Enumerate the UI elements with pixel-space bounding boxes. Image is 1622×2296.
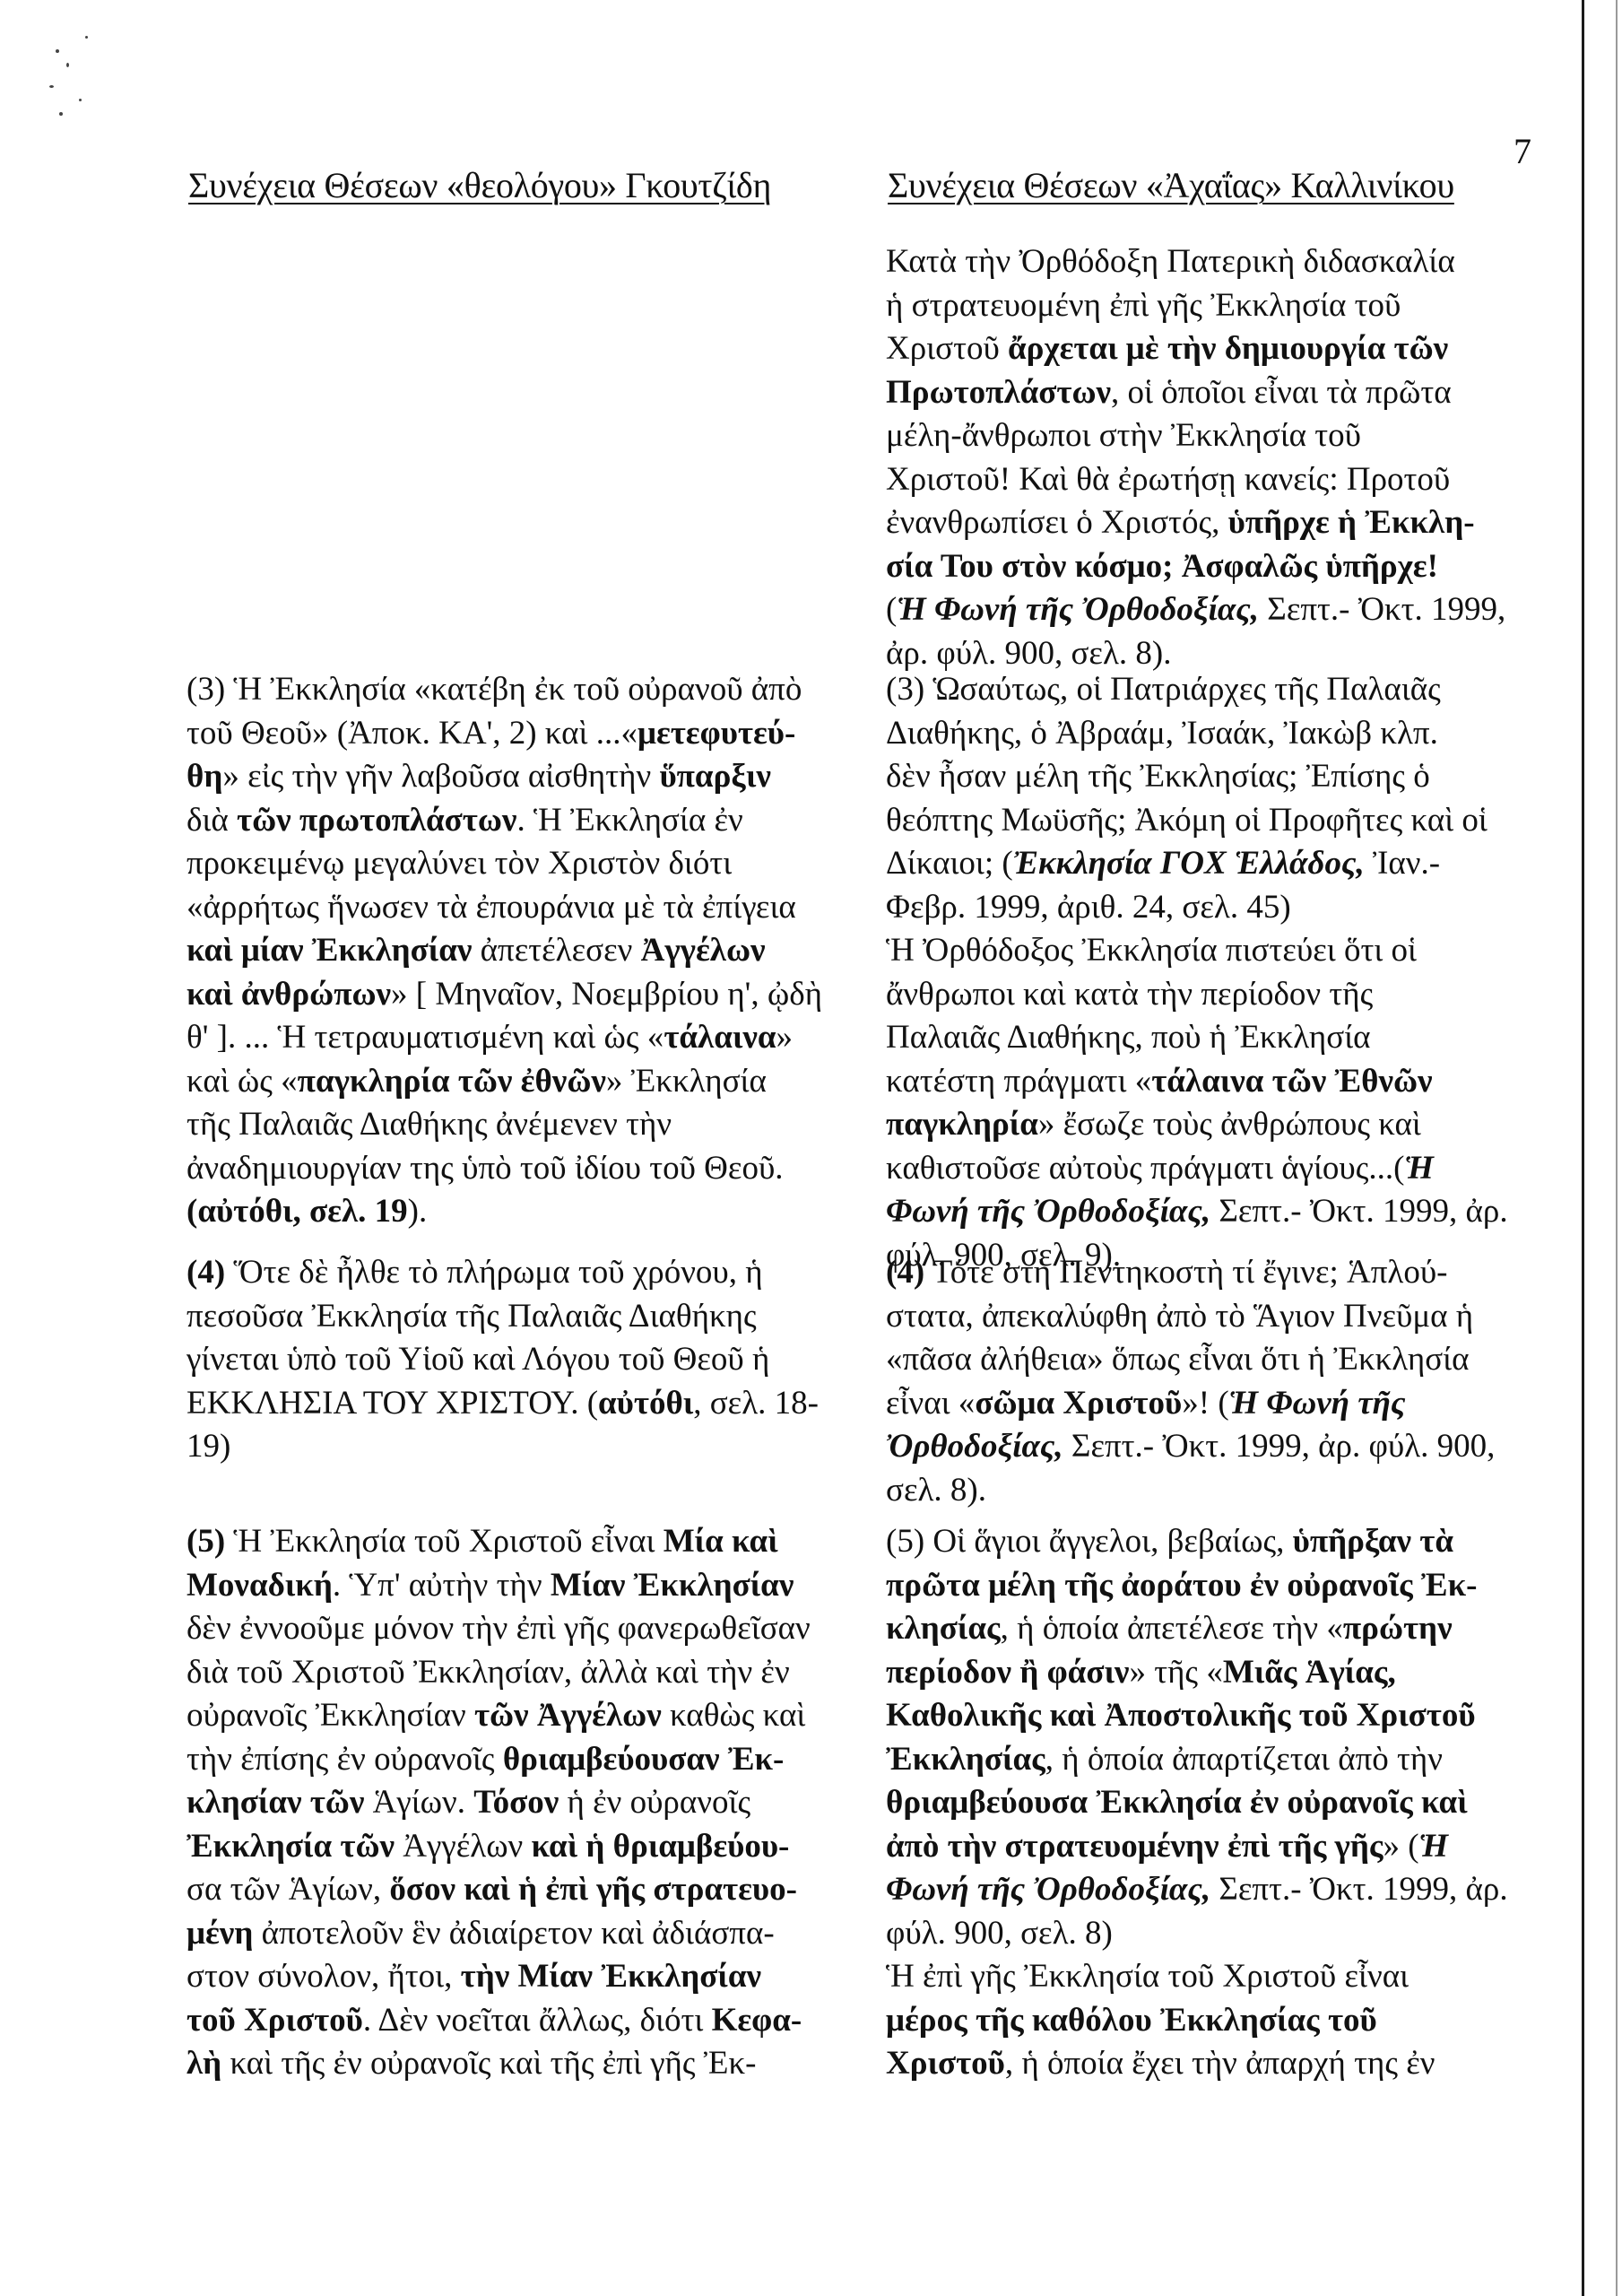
text-line: 19) — [186, 1425, 832, 1469]
emphasized-text: Ἐκκλησία τῶν — [186, 1828, 395, 1865]
text-run: καὶ ὡς « — [186, 1063, 298, 1100]
text-run: Σεπτ.- Ὀκτ. 1999, ἀρ. — [1210, 1193, 1508, 1230]
text-run: ΕΚΚΛΗΣΙΑ ΤΟΥ ΧΡΙΣΤΟΥ. ( — [186, 1385, 598, 1422]
text-line: ἄνθρωποι καὶ κατὰ τὴν περίοδον τῆς — [886, 973, 1531, 1017]
text-line: καὶ μίαν Ἐκκλησίαν ἀπετέλεσεν Ἀγγέλων — [186, 929, 832, 973]
text-run: » — [776, 1019, 794, 1056]
emphasized-text: Κεφα- — [712, 2002, 802, 2039]
text-run: Τότε στὴ Πεντηκοστὴ τί ἔγινε; Ἁπλού- — [924, 1254, 1447, 1291]
text-run: ἄνθρωποι καὶ κατὰ τὴν περίοδον τῆς — [886, 976, 1373, 1013]
text-line: μέρος τῆς καθόλου Ἐκκλησίας τοῦ — [886, 1999, 1531, 2043]
text-run: στατα, ἀπεκαλύφθη ἀπὸ τὸ Ἅγιον Πνεῦμα ἡ — [886, 1298, 1473, 1335]
emphasized-text: Μία καὶ — [664, 1523, 778, 1560]
text-run: σελ. 8). — [886, 1472, 986, 1509]
paragraph-3: (3) Ἡ Ἐκκλησία «κατέβη ἐκ τοῦ οὐρανοῦ ἀπ… — [186, 668, 832, 1234]
emphasized-text: (5) — [186, 1523, 225, 1560]
emphasized-text: πρώτην — [1343, 1610, 1453, 1647]
text-line: Χριστοῦ, ἡ ὁποία ἔχει τὴν ἀπαρχή της ἐν — [886, 2042, 1531, 2086]
emphasized-text: τῶν Ἀγγέλων — [474, 1697, 662, 1734]
text-run: , οἱ ὁποῖοι εἶναι τὰ πρῶτα — [1111, 374, 1452, 411]
text-line: «ἀρρήτως ἥνωσεν τὰ ἐπουράνια μὲ τὰ ἐπίγε… — [186, 886, 832, 930]
scan-edge-line-light — [1616, 0, 1618, 2296]
text-line: τοῦ Θεοῦ» (Ἀποκ. ΚΑ', 2) καὶ ...«μετεφυτ… — [186, 712, 832, 756]
text-line: (4) Τότε στὴ Πεντηκοστὴ τί ἔγινε; Ἁπλού- — [886, 1251, 1531, 1295]
text-line: δὲν ἦσαν μέλη τῆς Ἐκκλησίας; Ἐπίσης ὁ — [886, 755, 1531, 799]
text-run: ἀναδημιουργίαν της ὑπὸ τοῦ ἰδίου τοῦ Θεο… — [186, 1150, 784, 1187]
text-run: »! ( — [1182, 1385, 1228, 1422]
emphasized-text: Φωνή τῆς Ὀρθοδοξίας, — [886, 1193, 1210, 1230]
text-run: (3) Ἡ Ἐκκλησία «κατέβη ἐκ τοῦ οὐρανοῦ ἀπ… — [186, 671, 802, 708]
scan-speck — [79, 99, 82, 101]
scan-speck — [66, 63, 69, 67]
text-line: ἀπὸ τὴν στρατευομένην ἐπὶ τῆς γῆς» (Ἡ — [886, 1825, 1531, 1869]
emphasized-text: Φωνή τῆς Ὀρθοδοξίας, — [886, 1871, 1210, 1908]
text-run: , ἡ ὁποία ἀπαρτίζεται ἀπὸ τὴν — [1045, 1741, 1443, 1778]
text-line: καὶ ὡς «παγκληρία τῶν ἐθνῶν» Ἐκκλησία — [186, 1060, 832, 1104]
text-line: προκειμένῳ μεγαλύνει τὸν Χριστὸν διότι — [186, 842, 832, 886]
text-line: καθιστοῦσε αὐτοὺς πράγματι ἁγίους...(Ἡ — [886, 1147, 1531, 1191]
text-line: δὲν ἐννοοῦμε μόνον τὴν ἐπὶ γῆς φανερωθεῖ… — [186, 1607, 832, 1651]
text-run: ). — [408, 1193, 428, 1230]
emphasized-text: παγκληρία — [886, 1106, 1038, 1143]
text-run: , σελ. 18- — [693, 1385, 819, 1422]
text-line: ἐνανθρωπίσει ὁ Χριστός, ὑπῆρχε ἡ Ἐκκλη- — [886, 501, 1531, 545]
text-run: (5) Οἱ ἅγιοι ἄγγελοι, βεβαίως, — [886, 1523, 1293, 1560]
text-line: (5) Ἡ Ἐκκλησία τοῦ Χριστοῦ εἶναι Μία καὶ — [186, 1520, 832, 1564]
text-line: Χριστοῦ ἄρχεται μὲ τὴν δημιουργία τῶν — [886, 327, 1531, 371]
text-line: Φωνή τῆς Ὀρθοδοξίας, Σεπτ.- Ὀκτ. 1999, ἀ… — [886, 1190, 1531, 1234]
text-run: Σεπτ.- Ὀκτ. 1999, — [1259, 591, 1505, 628]
text-line: (4) Ὅτε δὲ ἦλθε τὸ πλήρωμα τοῦ χρόνου, ἡ — [186, 1251, 832, 1295]
text-run: ἐνανθρωπίσει ὁ Χριστός, — [886, 504, 1228, 541]
emphasized-text: ὑπῆρχε ἡ Ἐκκλη- — [1228, 504, 1475, 541]
text-run: διὰ — [186, 802, 237, 839]
text-run: Ἡ Ἐκκλησία τοῦ Χριστοῦ εἶναι — [225, 1523, 664, 1560]
emphasized-text: πρῶτα μέλη τῆς ἀοράτου ἐν οὐρανοῖς Ἐκ- — [886, 1567, 1477, 1604]
text-line: εἶναι «σῶμα Χριστοῦ»! (Ἡ Φωνή τῆς — [886, 1382, 1531, 1426]
text-run: τοῦ Θεοῦ» (Ἀποκ. ΚΑ', 2) καὶ ...« — [186, 715, 638, 752]
text-line: σα τῶν Ἁγίων, ὅσον καὶ ἡ ἐπὶ γῆς στρατευ… — [186, 1868, 832, 1912]
text-line: γίνεται ὑπὸ τοῦ Υἱοῦ καὶ Λόγου τοῦ Θεοῦ … — [186, 1338, 832, 1382]
emphasized-text: ἄρχεται μὲ τὴν δημιουργία τῶν — [1008, 330, 1448, 367]
text-run: καθιστοῦσε αὐτοὺς πράγματι ἁγίους...( — [886, 1150, 1404, 1187]
emphasized-text: Μοναδική — [186, 1567, 333, 1604]
text-line: Παλαιᾶς Διαθήκης, ποὺ ἡ Ἐκκλησία — [886, 1016, 1531, 1060]
text-line: «πᾶσα ἀλήθεια» ὅπως εἶναι ὅτι ἡ Ἐκκλησία — [886, 1338, 1531, 1382]
text-run: ἡ στρατευομένη ἐπὶ γῆς Ἐκκλησία τοῦ — [886, 287, 1401, 324]
text-line: τῆς Παλαιᾶς Διαθήκης ἀνέμενεν τὴν — [186, 1103, 832, 1147]
text-run: οὐρανοῖς Ἐκκλησίαν — [186, 1697, 474, 1734]
emphasized-text: θριαμβεύουσαν Ἐκ- — [503, 1741, 785, 1778]
text-run: γίνεται ὑπὸ τοῦ Υἱοῦ καὶ Λόγου τοῦ Θεοῦ … — [186, 1341, 769, 1378]
text-line: Διαθήκης, ὁ Ἀβραάμ, Ἰσαάκ, Ἰακὼβ κλπ. — [886, 712, 1531, 756]
text-run: θ' ]. ... Ἡ τετραυματισμένη καὶ ὡς « — [186, 1019, 664, 1056]
emphasized-text: τὴν Μίαν Ἐκκλησίαν — [461, 1958, 761, 1995]
text-run: » ( — [1383, 1828, 1418, 1865]
text-line: θ' ]. ... Ἡ τετραυματισμένη καὶ ὡς «τάλα… — [186, 1016, 832, 1060]
text-run: σα τῶν Ἁγίων, — [186, 1871, 389, 1908]
emphasized-text: (4) — [886, 1254, 924, 1291]
text-run: Διαθήκης, ὁ Ἀβραάμ, Ἰσαάκ, Ἰακὼβ κλπ. — [886, 715, 1438, 752]
text-run: . Δὲν νοεῖται ἄλλως, διότι — [363, 2002, 712, 2039]
emphasized-text: Ἡ Φωνή τῆς Ὀρθοδοξίας, — [897, 591, 1259, 628]
emphasized-text: Πρωτοπλάστων — [886, 374, 1111, 411]
text-run: Σεπτ.- Ὀκτ. 1999, ἀρ. — [1210, 1871, 1508, 1908]
paragraph-3: (3) Ὡσαύτως, οἱ Πατριάρχες τῆς ΠαλαιᾶςΔι… — [886, 668, 1531, 1277]
text-line: παγκληρία» ἔσωζε τοὺς ἀνθρώπους καὶ — [886, 1103, 1531, 1147]
emphasized-text: Ἡ — [1419, 1828, 1448, 1865]
emphasized-text: λὴ — [186, 2045, 221, 2082]
paragraph-5: (5) Ἡ Ἐκκλησία τοῦ Χριστοῦ εἶναι Μία καὶ… — [186, 1520, 832, 2086]
emphasized-text: τῶν πρωτοπλάστων — [237, 802, 516, 839]
emphasized-text: (αὐτόθι, σελ. 19 — [186, 1193, 408, 1230]
page-number: 7 — [1514, 130, 1531, 172]
text-run: Σεπτ.- Ὀκτ. 1999, ἀρ. φύλ. 900, — [1063, 1428, 1496, 1465]
emphasized-text: Χριστοῦ — [886, 2045, 1005, 2082]
text-line: θεόπτης Μωϋσῆς; Ἀκόμη οἱ Προφῆτες καὶ οἱ — [886, 799, 1531, 843]
emphasized-text: τοῦ Χριστοῦ — [186, 2002, 363, 2039]
text-run: Ἀγγέλων — [395, 1828, 531, 1865]
text-line: φύλ. 900, σελ. 8) — [886, 1912, 1531, 1956]
text-run: » Ἐκκλησία — [606, 1063, 767, 1100]
text-run: κατέστη πράγματι « — [886, 1063, 1151, 1100]
emphasized-text: αὐτόθι — [598, 1385, 693, 1422]
emphasized-text: καὶ ἀνθρώπων — [186, 976, 391, 1013]
text-line: τοῦ Χριστοῦ. Δὲν νοεῖται ἄλλως, διότι Κε… — [186, 1999, 832, 2043]
text-run: (3) Ὡσαύτως, οἱ Πατριάρχες τῆς Παλαιᾶς — [886, 671, 1441, 708]
text-line: περίοδον ἢ φάσιν» τῆς «Μιᾶς Ἁγίας, — [886, 1651, 1531, 1695]
emphasized-text: Μίαν Ἐκκλησίαν — [551, 1567, 794, 1604]
text-line: Ἡ ἐπὶ γῆς Ἐκκλησία τοῦ Χριστοῦ εἶναι — [886, 1955, 1531, 1999]
emphasized-text: κλησίαν τῶν — [186, 1784, 364, 1821]
text-line: στατα, ἀπεκαλύφθη ἀπὸ τὸ Ἅγιον Πνεῦμα ἡ — [886, 1295, 1531, 1339]
text-run: καθὼς καὶ — [662, 1697, 806, 1734]
text-line: Φωνή τῆς Ὀρθοδοξίας, Σεπτ.- Ὀκτ. 1999, ἀ… — [886, 1868, 1531, 1912]
text-run: . Ὑπ' αὐτὴν τὴν — [333, 1567, 551, 1604]
text-run: τὴν ἐπίσης ἐν οὐρανοῖς — [186, 1741, 503, 1778]
text-run: Χριστοῦ! Καὶ θὰ ἐρωτήσῃ κανείς: Προτοῦ — [886, 461, 1450, 498]
text-run: Δίκαιοι; ( — [886, 845, 1013, 882]
paragraph-4: (4) Ὅτε δὲ ἦλθε τὸ πλήρωμα τοῦ χρόνου, ἡ… — [186, 1251, 832, 1469]
text-run: Ἁγίων. — [364, 1784, 473, 1821]
text-run: Κατὰ τὴν Ὀρθόδοξη Πατερικὴ διδασκαλία — [886, 243, 1455, 280]
emphasized-text: Ὀρθοδοξίας, — [886, 1428, 1063, 1465]
text-run: Ὅτε δὲ ἦλθε τὸ πλήρωμα τοῦ χρόνου, ἡ — [225, 1254, 762, 1291]
text-line: κλησίαν τῶν Ἁγίων. Τόσον ἡ ἐν οὐρανοῖς — [186, 1781, 832, 1825]
text-line: κλησίας, ἡ ὁποία ἀπετέλεσε τὴν «πρώτην — [886, 1607, 1531, 1651]
emphasized-text: παγκληρία τῶν ἐθνῶν — [298, 1063, 606, 1100]
text-line: Πρωτοπλάστων, οἱ ὁποῖοι εἶναι τὰ πρῶτα — [886, 371, 1531, 415]
text-line: στον σύνολον, ἤτοι, τὴν Μίαν Ἐκκλησίαν — [186, 1955, 832, 1999]
text-run: Παλαιᾶς Διαθήκης, ποὺ ἡ Ἐκκλησία — [886, 1019, 1371, 1056]
text-run: προκειμένῳ μεγαλύνει τὸν Χριστὸν διότι — [186, 845, 732, 882]
paragraph-5: (5) Οἱ ἅγιοι ἄγγελοι, βεβαίως, ὑπῆρξαν τ… — [886, 1520, 1531, 2086]
text-run: εἶναι « — [886, 1385, 975, 1422]
text-run: » ἔσωζε τοὺς ἀνθρώπους καὶ — [1038, 1106, 1421, 1143]
text-run: Ἰαν.- — [1365, 845, 1440, 882]
emphasized-text: Ἐκκλησία ΓΟΧ Ἑλλάδος, — [1013, 845, 1365, 882]
emphasized-text: κλησίας — [886, 1610, 1001, 1647]
emphasized-text: ὑπῆρξαν τὰ — [1293, 1523, 1453, 1560]
text-line: διὰ τῶν πρωτοπλάστων. Ἡ Ἐκκλησία ἐν — [186, 799, 832, 843]
emphasized-text: Ἀγγέλων — [641, 932, 766, 969]
text-line: Ἡ Ὀρθόδοξος Ἐκκλησία πιστεύει ὅτι οἱ — [886, 929, 1531, 973]
text-run: τῆς Παλαιᾶς Διαθήκης ἀνέμενεν τὴν — [186, 1106, 672, 1143]
emphasized-text: καὶ μίαν Ἐκκλησίαν — [186, 932, 472, 969]
text-line: Ἐκκλησία τῶν Ἀγγέλων καὶ ἡ θριαμβεύου- — [186, 1825, 832, 1869]
text-run: Ἡ Ὀρθόδοξος Ἐκκλησία πιστεύει ὅτι οἱ — [886, 932, 1417, 969]
text-run: . Ἡ Ἐκκλησία ἐν — [516, 802, 742, 839]
text-run: ἀποτελοῦν ἓν ἀδιαίρετον καὶ ἀδιάσπα- — [253, 1915, 774, 1952]
emphasized-text: Ἡ Φωνή τῆς — [1229, 1385, 1406, 1422]
text-run: στον σύνολον, ἤτοι, — [186, 1958, 461, 1995]
emphasized-text: θη — [186, 758, 222, 795]
emphasized-text: σῶμα Χριστοῦ — [975, 1385, 1182, 1422]
emphasized-text: ὅσον καὶ ἡ ἐπὶ γῆς στρατευο- — [389, 1871, 797, 1908]
emphasized-text: ὕπαρξιν — [659, 758, 770, 795]
text-run: δὲν ἐννοοῦμε μόνον τὴν ἐπὶ γῆς φανερωθεῖ… — [186, 1610, 811, 1647]
scan-speck — [56, 49, 59, 53]
emphasized-text: μέρος τῆς καθόλου Ἐκκλησίας τοῦ — [886, 2002, 1377, 2039]
emphasized-text: ἀπὸ τὴν στρατευομένην ἐπὶ τῆς γῆς — [886, 1828, 1383, 1865]
text-run: ἡ ἐν οὐρανοῖς — [559, 1784, 750, 1821]
emphasized-text: Μιᾶς Ἁγίας, — [1223, 1654, 1396, 1691]
text-line: λὴ καὶ τῆς ἐν οὐρανοῖς καὶ τῆς ἐπὶ γῆς Ἐ… — [186, 2042, 832, 2086]
emphasized-text: περίοδον ἢ φάσιν — [886, 1654, 1129, 1691]
text-line: Μοναδική. Ὑπ' αὐτὴν τὴν Μίαν Ἐκκλησίαν — [186, 1564, 832, 1608]
text-run: ( — [886, 591, 897, 628]
text-line: (3) Ἡ Ἐκκλησία «κατέβη ἐκ τοῦ οὐρανοῦ ἀπ… — [186, 668, 832, 712]
text-line: θη» εἰς τὴν γῆν λαβοῦσα αἰσθητὴν ὕπαρξιν — [186, 755, 832, 799]
text-run: δὲν ἦσαν μέλη τῆς Ἐκκλησίας; Ἐπίσης ὁ — [886, 758, 1430, 795]
text-line: διὰ τοῦ Χριστοῦ Ἐκκλησίαν, ἀλλὰ καὶ τὴν … — [186, 1651, 832, 1695]
emphasized-text: Καθολικῆς καὶ Ἀποστολικῆς τοῦ Χριστοῦ — [886, 1697, 1476, 1734]
scan-edge-line — [1582, 0, 1584, 2296]
text-run: διὰ τοῦ Χριστοῦ Ἐκκλησίαν, ἀλλὰ καὶ τὴν … — [186, 1654, 790, 1691]
text-line: σελ. 8). — [886, 1469, 1531, 1513]
text-line: τὴν ἐπίσης ἐν οὐρανοῖς θριαμβεύουσαν Ἐκ- — [186, 1738, 832, 1782]
text-run: «ἀρρήτως ἥνωσεν τὰ ἐπουράνια μὲ τὰ ἐπίγε… — [186, 889, 796, 926]
text-line: καὶ ἀνθρώπων» [ Μηναῖον, Νοεμβρίου η', ᾠ… — [186, 973, 832, 1017]
text-line: οὐρανοῖς Ἐκκλησίαν τῶν Ἀγγέλων καθὼς καὶ — [186, 1694, 832, 1738]
text-run: ἀρ. φύλ. 900, σελ. 8). — [886, 635, 1171, 672]
text-run: «πᾶσα ἀλήθεια» ὅπως εἶναι ὅτι ἡ Ἐκκλησία — [886, 1341, 1469, 1378]
text-run: πεσοῦσα Ἐκκλησία τῆς Παλαιᾶς Διαθήκης — [186, 1298, 757, 1335]
text-run: » εἰς τὴν γῆν λαβοῦσα αἰσθητὴν — [222, 758, 659, 795]
text-line: πρῶτα μέλη τῆς ἀοράτου ἐν οὐρανοῖς Ἐκ- — [886, 1564, 1531, 1608]
text-line: θριαμβεύουσα Ἐκκλησία ἐν οὐρανοῖς καὶ — [886, 1781, 1531, 1825]
text-line: (5) Οἱ ἅγιοι ἄγγελοι, βεβαίως, ὑπῆρξαν τ… — [886, 1520, 1531, 1564]
text-line: Ἐκκλησίας, ἡ ὁποία ἀπαρτίζεται ἀπὸ τὴν — [886, 1738, 1531, 1782]
text-line: Δίκαιοι; (Ἐκκλησία ΓΟΧ Ἑλλάδος, Ἰαν.- — [886, 842, 1531, 886]
emphasized-text: σία Του στὸν κόσμο; Ἀσφαλῶς ὑπῆρχε! — [886, 548, 1438, 585]
text-line: Φεβρ. 1999, ἀριθ. 24, σελ. 45) — [886, 886, 1531, 930]
emphasized-text: θριαμβεύουσα Ἐκκλησία ἐν οὐρανοῖς καὶ — [886, 1784, 1468, 1821]
text-line: ἀναδημιουργίαν της ὑπὸ τοῦ ἰδίου τοῦ Θεο… — [186, 1147, 832, 1191]
emphasized-text: Τόσον — [473, 1784, 559, 1821]
right-column-heading: Συνέχεια Θέσεων «Ἀχαΐας» Καλλινίκου — [888, 164, 1454, 206]
text-line: μένη ἀποτελοῦν ἓν ἀδιαίρετον καὶ ἀδιάσπα… — [186, 1912, 832, 1956]
text-run: Φεβρ. 1999, ἀριθ. 24, σελ. 45) — [886, 889, 1291, 926]
text-run: θεόπτης Μωϋσῆς; Ἀκόμη οἱ Προφῆτες καὶ οἱ — [886, 802, 1488, 839]
scan-speck — [59, 112, 63, 116]
text-run: » τῆς « — [1129, 1654, 1222, 1691]
text-run: , ἡ ὁποία ἀπετέλεσε τὴν « — [1001, 1610, 1343, 1647]
text-line: μέλη-ἄνθρωποι στὴν Ἐκκλησία τοῦ — [886, 414, 1531, 458]
text-line: ἡ στρατευομένη ἐπὶ γῆς Ἐκκλησία τοῦ — [886, 284, 1531, 328]
left-column-heading: Συνέχεια Θέσεων «θεολόγου» Γκουτζίδη — [188, 164, 771, 206]
paragraph-intro: Κατὰ τὴν Ὀρθόδοξη Πατερικὴ διδασκαλίαἡ σ… — [886, 240, 1531, 675]
emphasized-text: Ἐκκλησίας — [886, 1741, 1045, 1778]
emphasized-text: τάλαινα τῶν Ἐθνῶν — [1151, 1063, 1432, 1100]
text-line: πεσοῦσα Ἐκκλησία τῆς Παλαιᾶς Διαθήκης — [186, 1295, 832, 1339]
scan-speck — [49, 85, 54, 88]
text-run: μέλη-ἄνθρωποι στὴν Ἐκκλησία τοῦ — [886, 417, 1361, 454]
text-run: Ἡ ἐπὶ γῆς Ἐκκλησία τοῦ Χριστοῦ εἶναι — [886, 1958, 1409, 1995]
text-run: » [ Μηναῖον, Νοεμβρίου η', ᾠδὴ — [391, 976, 822, 1013]
text-run: 19) — [186, 1428, 230, 1465]
text-line: Κατὰ τὴν Ὀρθόδοξη Πατερικὴ διδασκαλία — [886, 240, 1531, 284]
emphasized-text: μετεφυτεύ- — [638, 715, 795, 752]
text-run: καὶ τῆς ἐν οὐρανοῖς καὶ τῆς ἐπὶ γῆς Ἐκ- — [221, 2045, 756, 2082]
text-line: (3) Ὡσαύτως, οἱ Πατριάρχες τῆς Παλαιᾶς — [886, 668, 1531, 712]
text-line: Καθολικῆς καὶ Ἀποστολικῆς τοῦ Χριστοῦ — [886, 1694, 1531, 1738]
text-line: (αὐτόθι, σελ. 19). — [186, 1190, 832, 1234]
text-run: , ἡ ὁποία ἔχει τὴν ἀπαρχή της ἐν — [1005, 2045, 1436, 2082]
paragraph-4: (4) Τότε στὴ Πεντηκοστὴ τί ἔγινε; Ἁπλού-… — [886, 1251, 1531, 1512]
text-line: Ὀρθοδοξίας, Σεπτ.- Ὀκτ. 1999, ἀρ. φύλ. 9… — [886, 1425, 1531, 1469]
emphasized-text: μένη — [186, 1915, 253, 1952]
emphasized-text: Ἡ — [1404, 1150, 1433, 1187]
text-run: ἀπετέλεσεν — [472, 932, 640, 969]
text-line: ΕΚΚΛΗΣΙΑ ΤΟΥ ΧΡΙΣΤΟΥ. (αὐτόθι, σελ. 18- — [186, 1382, 832, 1426]
text-line: κατέστη πράγματι «τάλαινα τῶν Ἐθνῶν — [886, 1060, 1531, 1104]
text-line: Χριστοῦ! Καὶ θὰ ἐρωτήσῃ κανείς: Προτοῦ — [886, 458, 1531, 502]
emphasized-text: (4) — [186, 1254, 225, 1291]
emphasized-text: τάλαινα — [664, 1019, 776, 1056]
emphasized-text: καὶ ἡ θριαμβεύου- — [532, 1828, 790, 1865]
text-line: (Ἡ Φωνή τῆς Ὀρθοδοξίας, Σεπτ.- Ὀκτ. 1999… — [886, 588, 1531, 632]
scan-speck — [85, 36, 88, 39]
text-line: σία Του στὸν κόσμο; Ἀσφαλῶς ὑπῆρχε! — [886, 545, 1531, 589]
text-run: φύλ. 900, σελ. 8) — [886, 1915, 1113, 1952]
text-run: Χριστοῦ — [886, 330, 1008, 367]
